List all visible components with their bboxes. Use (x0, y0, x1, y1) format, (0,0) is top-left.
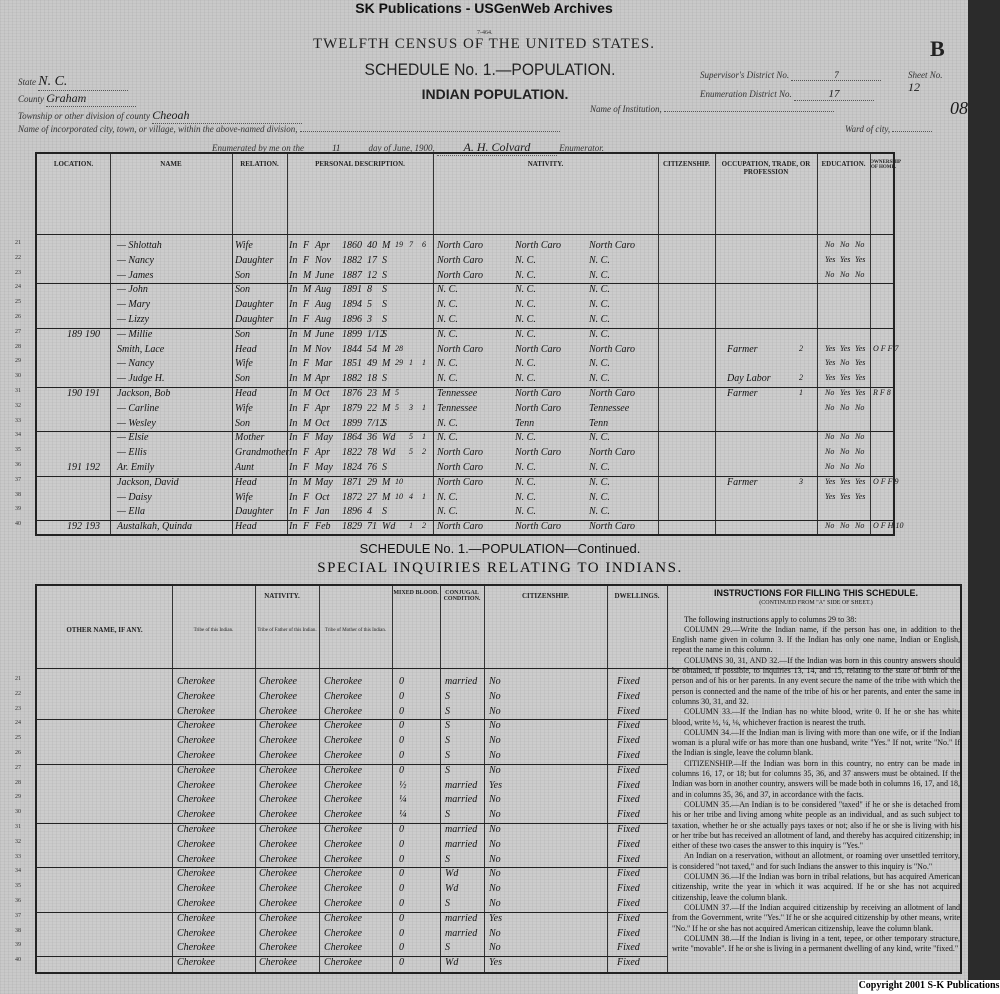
cell-english: No (855, 240, 864, 249)
line-number: 37 (15, 913, 21, 919)
cell-conjugal: married (445, 780, 477, 791)
cell-relation: Son (235, 418, 250, 429)
table-row: 34CherokeeCherokeeCherokee0WdNoFixed (37, 868, 667, 881)
line-number: 26 (15, 750, 21, 756)
cell-english: No (855, 462, 864, 471)
cell-english: Yes (855, 388, 865, 397)
cell-taxed: No (489, 676, 501, 687)
cell-birth-person: North Caro (437, 521, 483, 532)
cell-dwelling: Fixed (617, 691, 640, 702)
table-row: 37CherokeeCherokeeCherokee0marriedYesFix… (37, 913, 667, 926)
cell-write: No (840, 403, 849, 412)
cell-mother: Cherokee (324, 868, 362, 879)
cell-birth-mother: North Caro (589, 240, 635, 251)
cell-father: Cherokee (259, 750, 297, 761)
cell-year: 1851 (342, 358, 362, 369)
header-conjugal: CONJUGAL CONDITION. (440, 590, 484, 602)
line-number: 22 (15, 255, 21, 261)
cell-birth-father: N. C. (515, 329, 536, 340)
cell-english: Yes (855, 492, 865, 501)
cell-name: — Shlottah (117, 240, 162, 251)
cell-name: — Nancy (117, 255, 154, 266)
cell-year: 1860 (342, 240, 362, 251)
cell-read: No (825, 521, 834, 530)
cell-tribe: Cherokee (177, 809, 215, 820)
table-row: 27189190— MillieSonInMJune18991/12SN. C.… (37, 329, 893, 342)
cell-age: 78 (367, 447, 377, 458)
cell-taxed: No (489, 839, 501, 850)
cell-english: Yes (855, 373, 865, 382)
header-dwellings: DWELLINGS. (607, 592, 667, 600)
cell-relation: Wife (235, 403, 253, 414)
cell-birth-mother: North Caro (589, 344, 635, 355)
cell-sex: F (303, 447, 309, 458)
cell-tribe: Cherokee (177, 839, 215, 850)
cell-age: 29 (367, 477, 377, 488)
cell-dwelling: Fixed (617, 706, 640, 717)
cell-age: 3 (367, 314, 372, 325)
table-row: 23CherokeeCherokeeCherokee0SNoFixed (37, 706, 667, 719)
cell-english: No (855, 403, 864, 412)
cell-birth-mother: N. C. (589, 358, 610, 369)
cell-relation: Wife (235, 240, 253, 251)
cell-mother: Cherokee (324, 824, 362, 835)
cell-conjugal: S (445, 720, 450, 731)
county-field: County Graham (18, 91, 136, 107)
cell-father: Cherokee (259, 720, 297, 731)
cell-blood: 0 (399, 765, 404, 776)
cell-taxed: No (489, 942, 501, 953)
cell-color: In (289, 329, 297, 340)
table-row: 38— DaisyWifeInFOct187227M1041N. C.N. C.… (37, 492, 893, 505)
cell-dwelling: Fixed (617, 883, 640, 894)
sheet-number-field: Sheet No. 12 (908, 70, 943, 95)
cell-tribe: Cherokee (177, 824, 215, 835)
cell-blood: 0 (399, 957, 404, 968)
cell-mother: Cherokee (324, 883, 362, 894)
cell-color: In (289, 299, 297, 310)
cell-age: 27 (367, 492, 377, 503)
cell-read: Yes (825, 344, 835, 353)
line-number: 23 (15, 706, 21, 712)
cell-occupation: Farmer (727, 388, 758, 399)
cell-birth-father: North Caro (515, 521, 561, 532)
cell-tribe: Cherokee (177, 720, 215, 731)
line-number: 29 (15, 358, 21, 364)
cell-write: No (840, 521, 849, 530)
state-field: State N. C. (18, 74, 128, 91)
cell-name: Jackson, David (117, 477, 179, 488)
cell-own: O F F 9 (873, 477, 899, 486)
table-row: 33CherokeeCherokeeCherokee0SNoFixed (37, 854, 667, 867)
continued-schedule-title: SCHEDULE No. 1.—POPULATION—Continued. (0, 541, 1000, 556)
cell-year: 1822 (342, 447, 362, 458)
cell-months: 3 (799, 477, 803, 486)
cell-sex: F (303, 462, 309, 473)
table-row: 39— EllaDaughterInFJan18964SN. C.N. C.N.… (37, 506, 893, 519)
table-row: 33— WesleySonInMOct18997/12SN. C.TennTen… (37, 418, 893, 431)
cell-father: Cherokee (259, 691, 297, 702)
cell-tribe: Cherokee (177, 750, 215, 761)
cell-name: — James (117, 270, 153, 281)
cell-mother-of: 7 (409, 240, 413, 249)
cell-mother-of: 1 (409, 358, 413, 367)
cell-english: Yes (855, 344, 865, 353)
cell-year: 1896 (342, 314, 362, 325)
cell-tribe: Cherokee (177, 765, 215, 776)
cell-birth-mother: N. C. (589, 314, 610, 325)
cell-birth-mother: N. C. (589, 299, 610, 310)
cell-father: Cherokee (259, 706, 297, 717)
cell-birth-person: North Caro (437, 270, 483, 281)
cell-tribe: Cherokee (177, 735, 215, 746)
cell-sex: F (303, 432, 309, 443)
cell-taxed: No (489, 809, 501, 820)
cell-name: Smith, Lace (117, 344, 164, 355)
cell-birth-father: N. C. (515, 373, 536, 384)
cell-relation: Aunt (235, 462, 254, 473)
cell-color: In (289, 314, 297, 325)
cell-color: In (289, 447, 297, 458)
table-row: 32— CarlineWifeInFApr187922M531Tennessee… (37, 403, 893, 416)
cell-month: June (315, 329, 334, 340)
cell-relation: Mother (235, 432, 264, 443)
header-nativity: NATIVITY. (433, 160, 658, 168)
cell-living: 1 (422, 358, 426, 367)
cell-sex: M (303, 373, 311, 384)
line-number: 28 (15, 780, 21, 786)
cell-blood: 0 (399, 898, 404, 909)
cell-marital: M (382, 344, 390, 355)
cell-color: In (289, 240, 297, 251)
cell-blood: 0 (399, 839, 404, 850)
cell-month: Oct (315, 492, 329, 503)
cell-birth-mother: N. C. (589, 255, 610, 266)
cell-read: No (825, 447, 834, 456)
table-row: 40192193Austalkah, QuindaHeadInFFeb18297… (37, 521, 893, 534)
cell-relation: Head (235, 477, 257, 488)
cell-marital: S (382, 314, 387, 325)
line-number: 34 (15, 868, 21, 874)
cell-name: — Ella (117, 506, 145, 517)
cell-year: 1899 (342, 418, 362, 429)
cell-sex: F (303, 521, 309, 532)
cell-dwelling: Fixed (617, 794, 640, 805)
cell-mother: Cherokee (324, 676, 362, 687)
cell-own: R F 8 (873, 388, 891, 397)
line-number: 31 (15, 824, 21, 830)
cell-conjugal: Wd (445, 957, 458, 968)
cell-father: Cherokee (259, 809, 297, 820)
table-row: 35CherokeeCherokeeCherokee0WdNoFixed (37, 883, 667, 896)
cell-tribe: Cherokee (177, 883, 215, 894)
cell-blood: 0 (399, 735, 404, 746)
cell-occupation: Farmer (727, 477, 758, 488)
line-number: 37 (15, 477, 21, 483)
line-number: 33 (15, 418, 21, 424)
cell-dwelling: Fixed (617, 750, 640, 761)
cell-birth-father: N. C. (515, 462, 536, 473)
cell-marital: Wd (382, 432, 395, 443)
cell-marital: S (382, 284, 387, 295)
cell-birth-mother: N. C. (589, 462, 610, 473)
cell-tribe: Cherokee (177, 928, 215, 939)
cell-month: Nov (315, 344, 331, 355)
cell-year: 1894 (342, 299, 362, 310)
cell-marital: S (382, 270, 387, 281)
cell-dwelling: Fixed (617, 957, 640, 968)
cell-birth-mother: North Caro (589, 388, 635, 399)
line-number: 30 (15, 373, 21, 379)
instructions-title: INSTRUCTIONS FOR FILLING THIS SCHEDULE. (672, 588, 960, 598)
table-row: 40CherokeeCherokeeCherokee0WdYesFixed (37, 957, 667, 970)
line-number: 24 (15, 720, 21, 726)
cell-month: Oct (315, 388, 329, 399)
cell-month: Mar (315, 358, 332, 369)
cell-tribe: Cherokee (177, 706, 215, 717)
cell-dwelling: 192 (67, 521, 82, 532)
table-row: 36CherokeeCherokeeCherokee0SNoFixed (37, 898, 667, 911)
cell-conjugal: married (445, 839, 477, 850)
cell-sex: F (303, 492, 309, 503)
cell-age: 49 (367, 358, 377, 369)
cell-blood: 0 (399, 942, 404, 953)
cell-write: No (840, 432, 849, 441)
cell-months: 1 (799, 388, 803, 397)
cell-read: Yes (825, 358, 835, 367)
cell-age: 76 (367, 462, 377, 473)
cell-year: 1876 (342, 388, 362, 399)
cell-father: Cherokee (259, 898, 297, 909)
line-number: 27 (15, 329, 21, 335)
cell-age: 12 (367, 270, 377, 281)
cell-birth-father: North Caro (515, 403, 561, 414)
table-row: 25CherokeeCherokeeCherokee0SNoFixed (37, 735, 667, 748)
cell-conjugal: S (445, 809, 450, 820)
cell-sex: M (303, 344, 311, 355)
cell-relation: Wife (235, 492, 253, 503)
cell-year: 1896 (342, 506, 362, 517)
cell-month: May (315, 432, 333, 443)
cell-mother: Cherokee (324, 942, 362, 953)
cell-write: Yes (840, 388, 850, 397)
cell-conjugal: married (445, 824, 477, 835)
cell-write: No (840, 462, 849, 471)
cell-birth-mother: N. C. (589, 432, 610, 443)
line-number: 26 (15, 314, 21, 320)
cell-year: 1871 (342, 477, 362, 488)
cell-read: Yes (825, 373, 835, 382)
table-row: 36191192Ar. EmilyAuntInFMay182476SNorth … (37, 462, 893, 475)
cell-family: 190 (85, 329, 100, 340)
cell-years-married: 10 (395, 492, 403, 501)
cell-relation: Son (235, 270, 250, 281)
cell-relation: Son (235, 329, 250, 340)
cell-tribe: Cherokee (177, 942, 215, 953)
cell-month: Apr (315, 403, 330, 414)
cell-years-married: 29 (395, 358, 403, 367)
cell-taxed: No (489, 750, 501, 761)
cell-conjugal: S (445, 765, 450, 776)
cell-age: 71 (367, 521, 377, 532)
cell-month: Nov (315, 255, 331, 266)
table-row: 28Smith, LaceHeadInMNov184454M28North Ca… (37, 344, 893, 357)
cell-color: In (289, 462, 297, 473)
cell-tribe: Cherokee (177, 868, 215, 879)
header-education: EDUCATION. (817, 160, 870, 168)
cell-english: No (855, 447, 864, 456)
cell-blood: ¼ (399, 809, 407, 820)
cell-tribe: Cherokee (177, 691, 215, 702)
cell-blood: 0 (399, 913, 404, 924)
cell-birth-mother: N. C. (589, 477, 610, 488)
cell-write: No (840, 240, 849, 249)
cell-month: Apr (315, 447, 330, 458)
cell-english: Yes (855, 358, 865, 367)
cell-name: — John (117, 284, 148, 295)
cell-name: — Nancy (117, 358, 154, 369)
cell-dwelling: Fixed (617, 720, 640, 731)
cell-father: Cherokee (259, 868, 297, 879)
cell-marital: M (382, 403, 390, 414)
cell-read: No (825, 403, 834, 412)
cell-father: Cherokee (259, 824, 297, 835)
cell-taxed: No (489, 691, 501, 702)
table-row: 31CherokeeCherokeeCherokee0marriedNoFixe… (37, 824, 667, 837)
cell-write: No (840, 270, 849, 279)
indian-rows: 21CherokeeCherokeeCherokee0marriedNoFixe… (37, 676, 667, 972)
cell-dwelling: Fixed (617, 928, 640, 939)
cell-birth-person: N. C. (437, 492, 458, 503)
cell-marital: M (382, 492, 390, 503)
line-number: 34 (15, 432, 21, 438)
cell-marital: S (382, 506, 387, 517)
cell-mother-of: 5 (409, 447, 413, 456)
cell-read: No (825, 240, 834, 249)
cell-father: Cherokee (259, 942, 297, 953)
cell-taxed: No (489, 765, 501, 776)
cell-father: Cherokee (259, 854, 297, 865)
cell-color: In (289, 492, 297, 503)
table-row: 26CherokeeCherokeeCherokee0SNoFixed (37, 750, 667, 763)
cell-name: — Daisy (117, 492, 152, 503)
cell-month: Aug (315, 299, 331, 310)
header-mixed-blood: MIXED BLOOD. (392, 590, 440, 596)
cell-birth-father: N. C. (515, 284, 536, 295)
cell-years-married: 5 (395, 403, 399, 412)
cell-birth-father: N. C. (515, 492, 536, 503)
line-number: 32 (15, 403, 21, 409)
cell-conjugal: married (445, 676, 477, 687)
cell-dwelling: Fixed (617, 735, 640, 746)
cell-tribe: Cherokee (177, 676, 215, 687)
cell-marital: S (382, 299, 387, 310)
cell-read: Yes (825, 492, 835, 501)
cell-name: Austalkah, Quinda (117, 521, 192, 532)
cell-color: In (289, 358, 297, 369)
cell-marital: M (382, 477, 390, 488)
table-row: 30CherokeeCherokeeCherokee¼SNoFixed (37, 809, 667, 822)
cell-birth-mother: N. C. (589, 284, 610, 295)
cell-years-married: 19 (395, 240, 403, 249)
cell-sex: F (303, 506, 309, 517)
line-number: 32 (15, 839, 21, 845)
cell-english: Yes (855, 255, 865, 264)
cell-sex: M (303, 270, 311, 281)
cell-taxed: No (489, 824, 501, 835)
cell-month: Apr (315, 240, 330, 251)
cell-birth-person: North Caro (437, 477, 483, 488)
cell-conjugal: married (445, 913, 477, 924)
instructions-panel: INSTRUCTIONS FOR FILLING THIS SCHEDULE. … (672, 588, 960, 954)
cell-birth-person: N. C. (437, 358, 458, 369)
line-number: 40 (15, 521, 21, 527)
table-row: 29— NancyWifeInFMar185149M2911N. C.N. C.… (37, 358, 893, 371)
line-number: 35 (15, 447, 21, 453)
cell-write: Yes (840, 344, 850, 353)
cell-color: In (289, 418, 297, 429)
cell-blood: 0 (399, 720, 404, 731)
cell-taxed: Yes (489, 780, 502, 791)
cell-conjugal: married (445, 794, 477, 805)
line-number: 31 (15, 388, 21, 394)
cell-blood: 0 (399, 883, 404, 894)
cell-age: 17 (367, 255, 377, 266)
cell-blood: 0 (399, 928, 404, 939)
line-number: 30 (15, 809, 21, 815)
cell-sex: F (303, 255, 309, 266)
cell-relation: Head (235, 344, 257, 355)
cell-relation: Son (235, 284, 250, 295)
cell-father: Cherokee (259, 957, 297, 968)
cell-year: 1882 (342, 255, 362, 266)
cell-month: Feb (315, 521, 331, 532)
cell-color: In (289, 373, 297, 384)
state-value: N. C. (38, 74, 128, 91)
population-table: LOCATION. NAME RELATION. PERSONAL DESCRI… (35, 152, 895, 536)
cell-living: 6 (422, 240, 426, 249)
cell-conjugal: S (445, 750, 450, 761)
cell-english: Yes (855, 477, 865, 486)
cell-mother: Cherokee (324, 750, 362, 761)
cell-dwelling: Fixed (617, 809, 640, 820)
cell-blood: 0 (399, 824, 404, 835)
cell-sex: F (303, 358, 309, 369)
cell-living: 2 (422, 447, 426, 456)
table-row: 27CherokeeCherokeeCherokee0SNoFixed (37, 765, 667, 778)
county-value: Graham (46, 91, 136, 107)
line-number: 39 (15, 506, 21, 512)
table-row: 31190191Jackson, BobHeadInMOct187623M5Te… (37, 388, 893, 401)
cell-age: 4 (367, 506, 372, 517)
cell-read: No (825, 432, 834, 441)
cell-mother: Cherokee (324, 691, 362, 702)
cell-mother: Cherokee (324, 898, 362, 909)
header-citizenship-indian: CITIZENSHIP. (484, 592, 607, 600)
cell-color: In (289, 477, 297, 488)
header-location: LOCATION. (37, 160, 110, 168)
incorporated-field: Name of incorporated city, town, or vill… (18, 124, 560, 134)
cell-mother: Cherokee (324, 809, 362, 820)
cell-name: — Millie (117, 329, 152, 340)
cell-name: — Mary (117, 299, 150, 310)
cell-english: No (855, 432, 864, 441)
cell-occupation: Farmer (727, 344, 758, 355)
cell-birth-father: N. C. (515, 432, 536, 443)
cell-color: In (289, 521, 297, 532)
cell-birth-person: North Caro (437, 344, 483, 355)
table-row: 35— EllisGrandmotherInFApr182278Wd52Nort… (37, 447, 893, 460)
